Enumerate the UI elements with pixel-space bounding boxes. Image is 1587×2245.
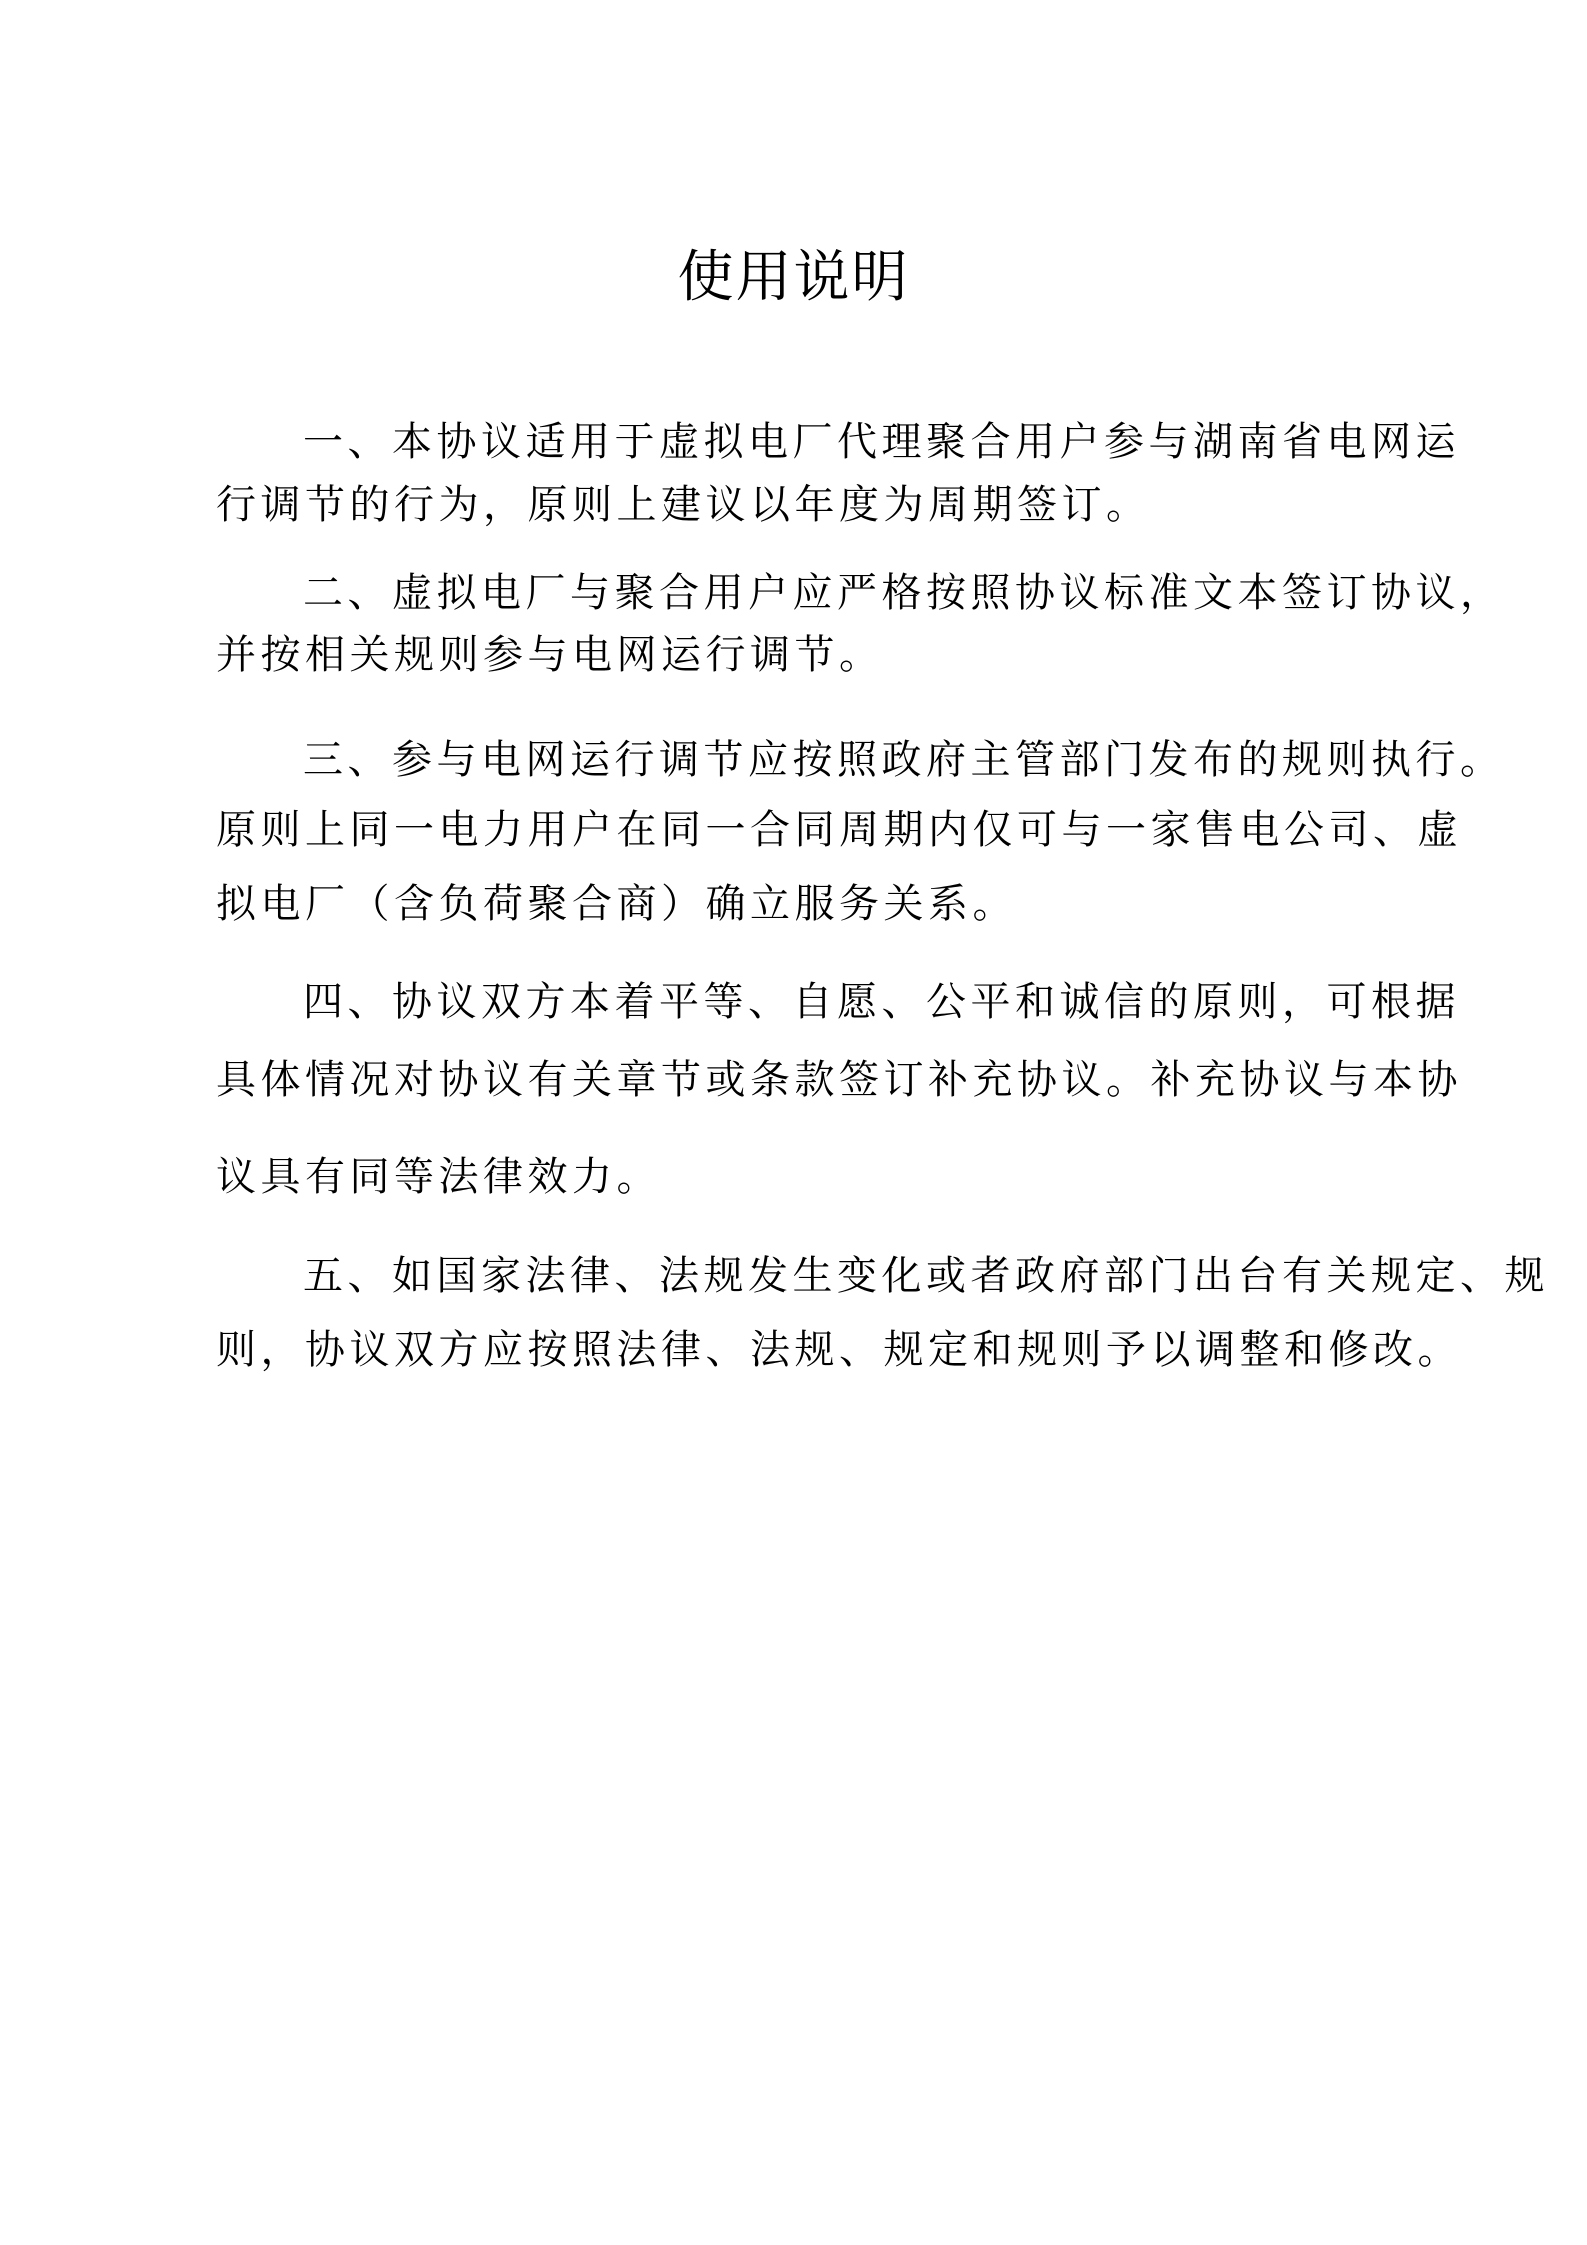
paragraph-line: 拟电厂（含负荷聚合商）确立服务关系。 <box>216 880 1017 928</box>
document-page: 使用说明 一、本协议适用于虚拟电厂代理聚合用户参与湖南省电网运 行调节的行为，原… <box>0 0 1587 2245</box>
paragraph-line: 二、虚拟电厂与聚合用户应严格按照协议标准文本签订协议， <box>303 569 1505 617</box>
paragraph-line: 并按相关规则参与电网运行调节。 <box>216 631 884 679</box>
paragraph-line: 五、如国家法律、法规发生变化或者政府部门出台有关规定、规 <box>303 1252 1549 1300</box>
paragraph-line: 则，协议双方应按照法律、法规、规定和规则予以调整和修改。 <box>216 1326 1462 1374</box>
page-title: 使用说明 <box>0 246 1587 310</box>
paragraph-line: 议具有同等法律效力。 <box>216 1153 661 1201</box>
paragraph-line: 四、协议双方本着平等、自愿、公平和诚信的原则，可根据 <box>303 978 1460 1026</box>
paragraph-line: 原则上同一电力用户在同一合同周期内仅可与一家售电公司、虚 <box>216 806 1462 854</box>
paragraph-line: 三、参与电网运行调节应按照政府主管部门发布的规则执行。 <box>303 736 1505 784</box>
paragraph-line: 具体情况对协议有关章节或条款签订补充协议。补充协议与本协 <box>216 1056 1462 1104</box>
paragraph-line: 行调节的行为，原则上建议以年度为周期签订。 <box>216 481 1151 529</box>
paragraph-line: 一、本协议适用于虚拟电厂代理聚合用户参与湖南省电网运 <box>303 418 1460 466</box>
